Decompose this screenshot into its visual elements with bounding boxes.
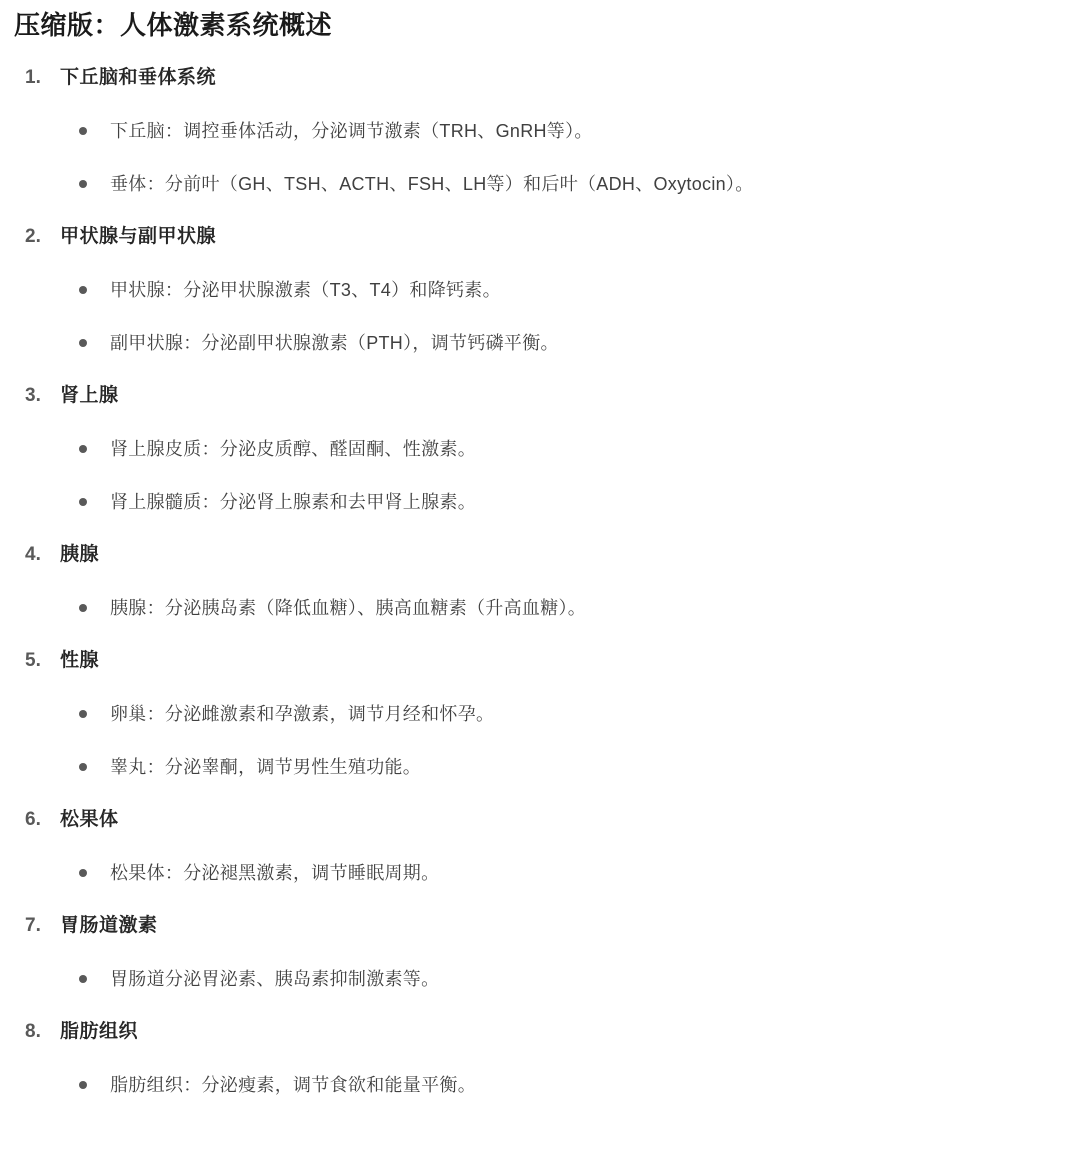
bullet-text: 肾上腺皮质：分泌皮质醇、醛固酮、性激素。 <box>110 435 476 463</box>
bullet-icon <box>79 127 87 135</box>
section-adrenal: 3. 肾上腺 肾上腺皮质：分泌皮质醇、醛固酮、性激素。 肾上腺髓质：分泌肾上腺素… <box>0 382 1066 516</box>
list-item: 肾上腺皮质：分泌皮质醇、醛固酮、性激素。 <box>0 435 1066 463</box>
bullet-icon <box>79 763 87 771</box>
bullet-icon <box>79 498 87 506</box>
section-heading-row: 7. 胃肠道激素 <box>0 912 1066 940</box>
bullet-icon <box>79 1081 87 1089</box>
bullet-icon <box>79 339 87 347</box>
list-item: 松果体：分泌褪黑激素，调节睡眠周期。 <box>0 859 1066 887</box>
section-heading: 肾上腺 <box>60 382 119 410</box>
section-heading: 下丘脑和垂体系统 <box>60 64 216 92</box>
bullet-text: 甲状腺：分泌甲状腺激素（T3、T4）和降钙素。 <box>110 276 501 304</box>
section-heading-row: 3. 肾上腺 <box>0 382 1066 410</box>
bullet-text: 胃肠道分泌胃泌素、胰岛素抑制激素等。 <box>110 965 439 993</box>
list-item: 卵巢：分泌雌激素和孕激素，调节月经和怀孕。 <box>0 700 1066 728</box>
page-title: 压缩版：人体激素系统概述 <box>14 8 1066 42</box>
bullet-text: 睾丸：分泌睾酮，调节男性生殖功能。 <box>110 753 421 781</box>
section-adipose: 8. 脂肪组织 脂肪组织：分泌瘦素，调节食欲和能量平衡。 <box>0 1018 1066 1099</box>
section-heading-row: 8. 脂肪组织 <box>0 1018 1066 1046</box>
section-number: 5. <box>25 647 60 675</box>
list-item: 甲状腺：分泌甲状腺激素（T3、T4）和降钙素。 <box>0 276 1066 304</box>
section-number: 4. <box>25 541 60 569</box>
section-heading: 胃肠道激素 <box>60 912 158 940</box>
section-gonads: 5. 性腺 卵巢：分泌雌激素和孕激素，调节月经和怀孕。 睾丸：分泌睾酮，调节男性… <box>0 647 1066 781</box>
section-heading-row: 6. 松果体 <box>0 806 1066 834</box>
section-gastrointestinal: 7. 胃肠道激素 胃肠道分泌胃泌素、胰岛素抑制激素等。 <box>0 912 1066 993</box>
section-heading-row: 5. 性腺 <box>0 647 1066 675</box>
list-item: 睾丸：分泌睾酮，调节男性生殖功能。 <box>0 753 1066 781</box>
section-heading-row: 2. 甲状腺与副甲状腺 <box>0 223 1066 251</box>
section-heading: 甲状腺与副甲状腺 <box>60 223 216 251</box>
bullet-text: 肾上腺髓质：分泌肾上腺素和去甲肾上腺素。 <box>110 488 476 516</box>
bullet-icon <box>79 869 87 877</box>
section-number: 3. <box>25 382 60 410</box>
bullet-text: 垂体：分前叶（GH、TSH、ACTH、FSH、LH等）和后叶（ADH、Oxyto… <box>110 170 754 198</box>
list-item: 下丘脑：调控垂体活动，分泌调节激素（TRH、GnRH等）。 <box>0 117 1066 145</box>
list-item: 肾上腺髓质：分泌肾上腺素和去甲肾上腺素。 <box>0 488 1066 516</box>
section-pancreas: 4. 胰腺 胰腺：分泌胰岛素（降低血糖）、胰高血糖素（升高血糖）。 <box>0 541 1066 622</box>
list-item: 胰腺：分泌胰岛素（降低血糖）、胰高血糖素（升高血糖）。 <box>0 594 1066 622</box>
bullet-icon <box>79 180 87 188</box>
section-heading: 脂肪组织 <box>60 1018 138 1046</box>
section-hypothalamus-pituitary: 1. 下丘脑和垂体系统 下丘脑：调控垂体活动，分泌调节激素（TRH、GnRH等）… <box>0 64 1066 198</box>
section-heading: 胰腺 <box>60 541 99 569</box>
bullet-text: 脂肪组织：分泌瘦素，调节食欲和能量平衡。 <box>110 1071 476 1099</box>
section-number: 7. <box>25 912 60 940</box>
bullet-icon <box>79 286 87 294</box>
document: 压缩版：人体激素系统概述 1. 下丘脑和垂体系统 下丘脑：调控垂体活动，分泌调节… <box>0 0 1066 1099</box>
section-pineal: 6. 松果体 松果体：分泌褪黑激素，调节睡眠周期。 <box>0 806 1066 887</box>
bullet-text: 松果体：分泌褪黑激素，调节睡眠周期。 <box>110 859 439 887</box>
bullet-text: 卵巢：分泌雌激素和孕激素，调节月经和怀孕。 <box>110 700 494 728</box>
bullet-text: 胰腺：分泌胰岛素（降低血糖）、胰高血糖素（升高血糖）。 <box>110 594 586 622</box>
section-heading-row: 1. 下丘脑和垂体系统 <box>0 64 1066 92</box>
section-number: 8. <box>25 1018 60 1046</box>
section-thyroid-parathyroid: 2. 甲状腺与副甲状腺 甲状腺：分泌甲状腺激素（T3、T4）和降钙素。 副甲状腺… <box>0 223 1066 357</box>
bullet-icon <box>79 445 87 453</box>
section-heading: 松果体 <box>60 806 119 834</box>
bullet-icon <box>79 710 87 718</box>
section-heading-row: 4. 胰腺 <box>0 541 1066 569</box>
section-number: 6. <box>25 806 60 834</box>
bullet-text: 副甲状腺：分泌副甲状腺激素（PTH），调节钙磷平衡。 <box>110 329 559 357</box>
section-number: 2. <box>25 223 60 251</box>
section-number: 1. <box>25 64 60 92</box>
section-heading: 性腺 <box>60 647 99 675</box>
list-item: 脂肪组织：分泌瘦素，调节食欲和能量平衡。 <box>0 1071 1066 1099</box>
bullet-icon <box>79 975 87 983</box>
list-item: 垂体：分前叶（GH、TSH、ACTH、FSH、LH等）和后叶（ADH、Oxyto… <box>0 170 1066 198</box>
sections-list: 1. 下丘脑和垂体系统 下丘脑：调控垂体活动，分泌调节激素（TRH、GnRH等）… <box>0 64 1066 1099</box>
list-item: 胃肠道分泌胃泌素、胰岛素抑制激素等。 <box>0 965 1066 993</box>
list-item: 副甲状腺：分泌副甲状腺激素（PTH），调节钙磷平衡。 <box>0 329 1066 357</box>
bullet-icon <box>79 604 87 612</box>
bullet-text: 下丘脑：调控垂体活动，分泌调节激素（TRH、GnRH等）。 <box>110 117 593 145</box>
